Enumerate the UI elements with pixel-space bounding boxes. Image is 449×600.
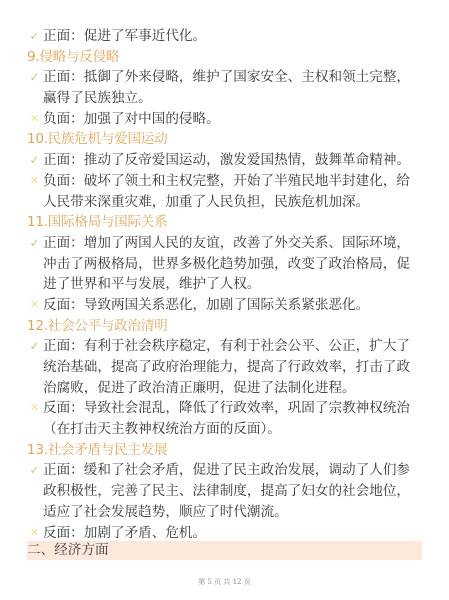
- point-text: 冲击了两极格局，世界多极化趋势加强，改变了政治格局，促: [43, 256, 410, 272]
- point-continuation: （在打击天主教神权统治方面的反面）。: [0, 419, 449, 440]
- point-text: 正面：抵御了外来侵略，维护了国家安全、主权和领土完整，: [43, 69, 410, 85]
- topic-heading: 10.民族危机与爱国运动: [0, 129, 449, 150]
- topic-heading: 13.社会矛盾与民主发展: [0, 440, 449, 461]
- point-continuation: 赢得了民族独立。: [0, 88, 449, 109]
- topic-heading: 12.社会公平与政治清明: [0, 316, 449, 337]
- point-text: 统治基础，提高了政府治理能力，提高了行政效率，打击了政: [43, 359, 410, 375]
- check-icon: ✓: [28, 233, 41, 254]
- point-text: 负面：加强了对中国的侵略。: [43, 111, 220, 127]
- check-icon: ✓: [28, 67, 41, 88]
- positive-point: ✓正面：有利于社会秩序稳定，有利于社会公平、公正，扩大了: [0, 336, 449, 357]
- section-header-text: 二、经济方面: [27, 542, 109, 558]
- cross-icon: ✕: [28, 171, 41, 192]
- point-continuation: 适应了社会发展趋势，顺应了时代潮流。: [0, 502, 449, 523]
- point-text: 治腐败，促进了政治清正廉明，促进了法制化进程。: [43, 380, 356, 396]
- positive-point: ✓正面：增加了两国人民的友谊，改善了外交关系、国际环境，: [0, 233, 449, 254]
- positive-point: ✓正面：抵御了外来侵略，维护了国家安全、主权和领土完整，: [0, 67, 449, 88]
- point-continuation: 统治基础，提高了政府治理能力，提高了行政效率，打击了政: [0, 357, 449, 378]
- check-icon: ✓: [28, 26, 41, 47]
- point-text: 负面：破坏了领土和主权完整，开始了半殖民地半封建化，给: [43, 173, 410, 189]
- topic-heading: 11.国际格局与国际关系: [0, 212, 449, 233]
- point-text: 正面：缓和了社会矛盾，促进了民主政治发展，调动了人们参: [43, 462, 410, 478]
- point-text: 反面：导致社会混乱，降低了行政效率，巩固了宗教神权统治: [43, 400, 410, 416]
- cross-icon: ✕: [28, 398, 41, 419]
- point-continuation: 冲击了两极格局，世界多极化趋势加强，改变了政治格局，促: [0, 254, 449, 275]
- cross-icon: ✕: [28, 109, 41, 130]
- section-header-economy: 二、经济方面: [27, 541, 422, 560]
- check-icon: ✓: [28, 460, 41, 481]
- point-text: 正面：促进了军事近代化。: [43, 28, 206, 44]
- point-text: 正面：有利于社会秩序稳定，有利于社会公平、公正，扩大了: [43, 338, 410, 354]
- check-icon: ✓: [28, 336, 41, 357]
- negative-point: ✕反面：导致社会混乱，降低了行政效率，巩固了宗教神权统治: [0, 398, 449, 419]
- document-page: ✓正面：促进了军事近代化。9.侵略与反侵略✓正面：抵御了外来侵略，维护了国家安全…: [0, 26, 449, 543]
- point-text: 正面：推动了反帝爱国运动，激发爱国热情，鼓舞革命精神。: [43, 152, 410, 168]
- point-text: 反面：导致两国关系恶化，加剧了国际关系紧张恶化。: [43, 297, 369, 313]
- point-continuation: 进了世界和平与发展，维护了人权。: [0, 274, 449, 295]
- topic-heading: 9.侵略与反侵略: [0, 47, 449, 68]
- point-text: （在打击天主教神权统治方面的反面）。: [43, 421, 281, 437]
- point-continuation: 人民带来深重灾难，加重了人民负担，民族危机加深。: [0, 192, 449, 213]
- point-text: 政积极性，完善了民主、法律制度，提高了妇女的社会地位，: [43, 483, 410, 499]
- point-text: 反面：加剧了矛盾、危机。: [43, 525, 206, 541]
- cross-icon: ✕: [28, 295, 41, 316]
- negative-point: ✕负面：破坏了领土和主权完整，开始了半殖民地半封建化，给: [0, 171, 449, 192]
- positive-point: ✓正面：推动了反帝爱国运动，激发爱国热情，鼓舞革命精神。: [0, 150, 449, 171]
- positive-point: ✓正面：缓和了社会矛盾，促进了民主政治发展，调动了人们参: [0, 460, 449, 481]
- point-text: 人民带来深重灾难，加重了人民负担，民族危机加深。: [43, 194, 369, 210]
- point-text: 适应了社会发展趋势，顺应了时代潮流。: [43, 504, 288, 520]
- check-icon: ✓: [28, 150, 41, 171]
- point-text: 进了世界和平与发展，维护了人权。: [43, 276, 261, 292]
- negative-point: ✕反面：导致两国关系恶化，加剧了国际关系紧张恶化。: [0, 295, 449, 316]
- point-continuation: 政积极性，完善了民主、法律制度，提高了妇女的社会地位，: [0, 481, 449, 502]
- point-continuation: 治腐败，促进了政治清正廉明，促进了法制化进程。: [0, 378, 449, 399]
- positive-point: ✓正面：促进了军事近代化。: [0, 26, 449, 47]
- point-text: 正面：增加了两国人民的友谊，改善了外交关系、国际环境，: [43, 235, 410, 251]
- negative-point: ✕负面：加强了对中国的侵略。: [0, 109, 449, 130]
- page-footer: 第 5 页 共 12 页: [0, 577, 449, 587]
- point-text: 赢得了民族独立。: [43, 90, 152, 106]
